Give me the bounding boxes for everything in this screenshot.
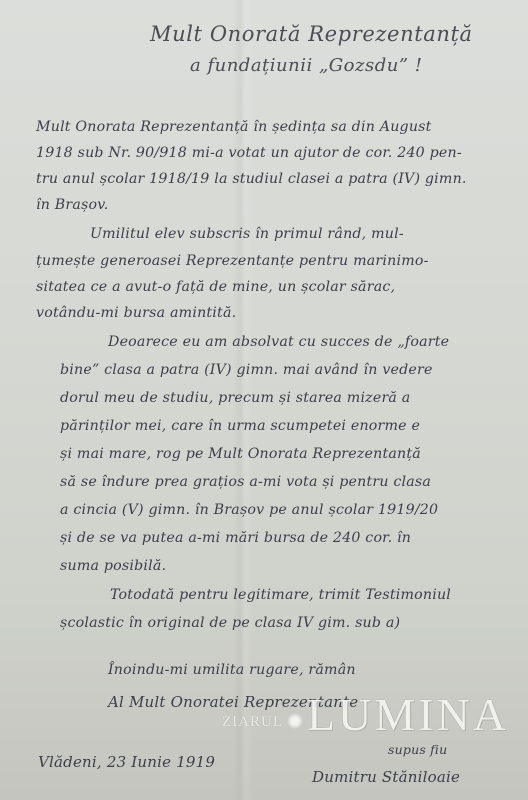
- salutation-heading: Mult Onorată Reprezentanță: [150, 22, 473, 46]
- letter-line: Umilitul elev subscris în primul rând, m…: [90, 224, 404, 244]
- letter-line: sitatea ce a avut-o față de mine, un șco…: [36, 277, 395, 297]
- letter-line: bine” clasa a patra (IV) gimn. mai având…: [60, 360, 433, 380]
- letter-line: a cincia (V) gimn. în Brașov pe anul șco…: [60, 500, 438, 520]
- closing-line: Al Mult Onoratei Reprezentanțe: [108, 692, 358, 712]
- letter-line: și mai mare, rog pe Mult Onorata Repreze…: [60, 444, 421, 464]
- letter-line: în Brașov.: [36, 195, 109, 215]
- watermark-flower-icon: [287, 713, 303, 729]
- salutation-subheading: a fundațiunii „Gozsdu” !: [190, 55, 423, 76]
- place-and-date: Vlădeni, 23 Iunie 1919: [38, 752, 215, 772]
- letter-line: Deoarece eu am absolvat cu succes de „fo…: [108, 332, 449, 352]
- letter-line: 1918 sub Nr. 90/918 mi-a votat un ajutor…: [36, 143, 462, 163]
- letter-line: votându-mi bursa amintită.: [36, 303, 236, 323]
- scanned-letter-page: Mult Onorată Reprezentanță a fundațiunii…: [0, 0, 528, 800]
- letter-line: țumește generoasei Reprezentanțe pentru …: [36, 251, 429, 271]
- closing-servant: supus fiu: [388, 740, 447, 760]
- letter-line: părinților mei, care în urma scumpetei e…: [60, 416, 420, 436]
- letter-line: Totodată pentru legitimare, trimit Testi…: [110, 585, 451, 605]
- letter-line: școlastic în original de pe clasa IV gim…: [60, 613, 400, 633]
- letter-line: dorul meu de studiu, precum și starea mi…: [60, 388, 410, 408]
- closing-line: Înoindu-mi umilita rugare, rămân: [108, 660, 356, 680]
- letter-line: să se îndure prea grațios a-mi vota și p…: [60, 472, 431, 492]
- letter-line: tru anul școlar 1918/19 la studiul clase…: [36, 169, 467, 189]
- letter-line: Mult Onorata Reprezentanță în ședința sa…: [36, 117, 432, 137]
- watermark-small-text: ZIARUL: [222, 714, 283, 731]
- signature: Dumitru Stăniloaie: [312, 767, 460, 787]
- letter-line: și de se va putea a-mi mări bursa de 240…: [60, 528, 411, 548]
- letter-line: suma posibilă.: [60, 556, 166, 576]
